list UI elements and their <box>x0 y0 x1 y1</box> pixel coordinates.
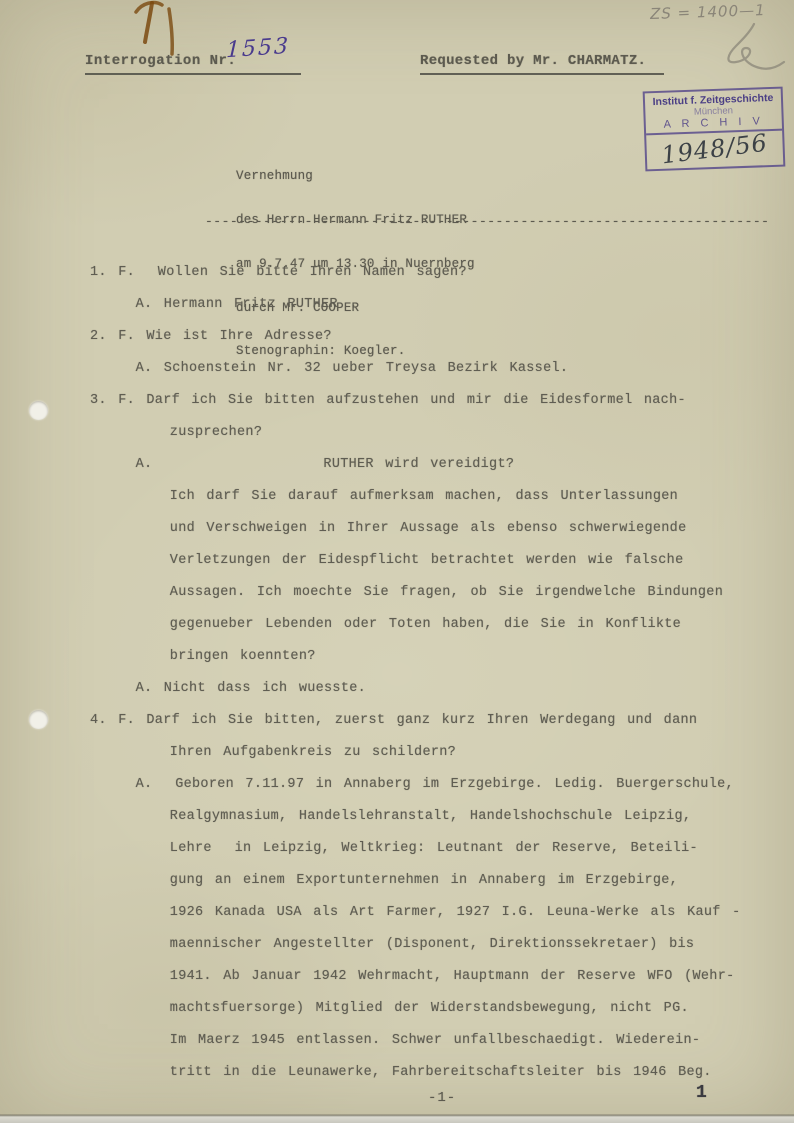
transcript-line: 4. F. Darf ich Sie bitten, zuerst ganz k… <box>90 705 770 737</box>
transcript-line: Ich darf Sie darauf aufmerksam machen, d… <box>90 481 770 513</box>
transcript-body: 1. F. Wollen Sie bitte Ihren Namen sagen… <box>90 257 770 1089</box>
transcript-line: gegenueber Lebenden oder Toten haben, di… <box>90 609 770 641</box>
transcript-line: Ihren Aufgabenkreis zu schildern? <box>90 737 770 769</box>
transcript-line: Im Maerz 1945 entlassen. Schwer unfallbe… <box>90 1025 770 1057</box>
transcript-line: tritt in die Leunawerke, Fahrbereitschaf… <box>90 1057 770 1089</box>
document-page: ZS = 1400—1 Interrogation Nr. 1553 Reque… <box>0 0 794 1123</box>
archive-stamp: Institut f. Zeitgeschichte München A R C… <box>643 87 786 172</box>
separator-line: ----------------------------------------… <box>205 214 767 230</box>
transcript-line: maennischer Angestellter (Disponent, Dir… <box>90 929 770 961</box>
page-number-center: -1- <box>428 1090 456 1106</box>
interrogation-number-handwritten: 1553 <box>226 34 291 64</box>
transcript-line: gung an einem Exportunternehmen in Annab… <box>90 865 770 897</box>
punch-hole <box>29 710 48 729</box>
transcript-line: Aussagen. Ich moechte Sie fragen, ob Sie… <box>90 577 770 609</box>
pencil-annotation: ZS = 1400—1 <box>650 1 766 23</box>
transcript-line: machtsfuersorge) Mitglied der Widerstand… <box>90 993 770 1025</box>
transcript-line: Verletzungen der Eidespflicht betrachtet… <box>90 545 770 577</box>
hearing-title: Vernehmung <box>236 169 475 184</box>
transcript-line: 1. F. Wollen Sie bitte Ihren Namen sagen… <box>90 257 770 289</box>
transcript-line: A. RUTHER wird vereidigt? <box>90 449 770 481</box>
transcript-line: A. Geboren 7.11.97 in Annaberg im Erzgeb… <box>90 769 770 801</box>
transcript-line: A. Nicht dass ich wuesste. <box>90 673 770 705</box>
transcript-line: A. Schoenstein Nr. 32 ueber Treysa Bezir… <box>90 353 770 385</box>
requested-by-label: Requested by Mr. CHARMATZ. <box>420 53 664 75</box>
transcript-line: und Verschweigen in Ihrer Aussage als eb… <box>90 513 770 545</box>
pencil-squiggle-icon <box>702 22 787 80</box>
transcript-line: 1941. Ab Januar 1942 Wehrmacht, Hauptman… <box>90 961 770 993</box>
transcript-line: Realgymnasium, Handelslehranstalt, Hande… <box>90 801 770 833</box>
transcript-line: 3. F. Darf ich Sie bitten aufzustehen un… <box>90 385 770 417</box>
transcript-line: A. Hermann Fritz RUTHER . <box>90 289 770 321</box>
scan-bottom-edge <box>0 1114 794 1123</box>
punch-hole <box>29 401 48 420</box>
transcript-line: Lehre in Leipzig, Weltkrieg: Leutnant de… <box>90 833 770 865</box>
transcript-line: 1926 Kanada USA als Art Farmer, 1927 I.G… <box>90 897 770 929</box>
page-number-right: 1 <box>696 1083 707 1103</box>
transcript-line: zusprechen? <box>90 417 770 449</box>
transcript-line: bringen koennten? <box>90 641 770 673</box>
transcript-line: 2. F. Wie ist Ihre Adresse? <box>90 321 770 353</box>
